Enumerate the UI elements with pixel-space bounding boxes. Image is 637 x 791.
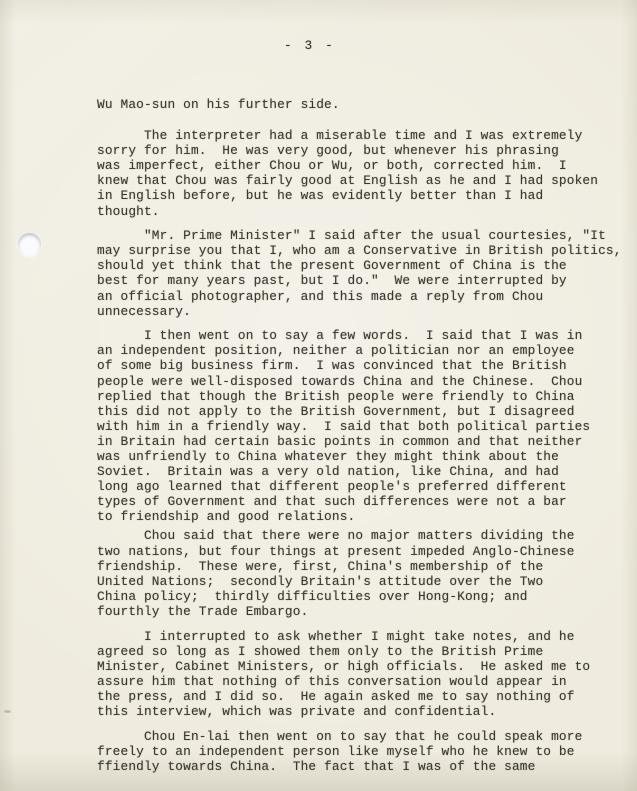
paper-scratch-mark: [4, 710, 11, 713]
page-number: - 3 -: [284, 38, 335, 53]
document-body: Wu Mao-sun on his further side. The inte…: [97, 97, 632, 783]
document-page: - 3 - Wu Mao-sun on his further side. Th…: [0, 0, 637, 791]
paragraph-interpreter: The interpreter had a miserable time and…: [97, 128, 632, 219]
punch-hole: [18, 233, 41, 256]
paragraph-independent-position: I then went on to say a few words. I sai…: [97, 328, 632, 524]
paragraph-speak-freely: Chou En-lai then went on to say that he …: [97, 729, 632, 774]
paragraph-four-impediments: Chou said that there were no major matte…: [97, 528, 632, 619]
paragraph-taking-notes: I interrupted to ask whether I might tak…: [97, 629, 632, 720]
paragraph-continuation-line: Wu Mao-sun on his further side.: [97, 97, 632, 112]
paragraph-prime-minister-greeting: "Mr. Prime Minister" I said after the us…: [97, 228, 632, 319]
